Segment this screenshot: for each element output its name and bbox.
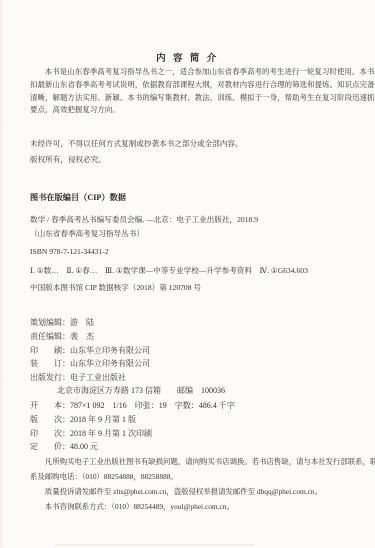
publication-row: 定 价：48.00 元 xyxy=(30,440,375,454)
publication-value: 山东华立印务有限公司 xyxy=(70,359,150,368)
publication-value: 2018 年 9 月第 1 版 xyxy=(70,415,136,424)
purchase-contact-line: 凡所购买电子工业出版社图书有缺损问题，请向购买书店调换。若书店售缺，请与本社发行… xyxy=(30,454,375,469)
publication-row: 装 订：山东华立印务有限公司 xyxy=(30,357,375,371)
copyright-notice: 未经许可，不得以任何方式复制或抄袭本书之部分或全部内容。 版权所有，侵权必究。 xyxy=(30,136,375,167)
book-copyright-page: 内 容 简 介 本书是山东春季高考复习指导丛书之一，适合参加山东省春季高考的考生… xyxy=(0,0,375,548)
publication-label: 责任编辑： xyxy=(30,330,70,344)
cip-section-title: 图书在版编目（CIP）数据 xyxy=(30,192,126,203)
publication-info-bottom: 开 本：787×1 092 1/16 印张：19 字数：486.4 千字 版 次… xyxy=(30,399,375,454)
publication-label: 版 次： xyxy=(30,413,70,427)
publication-label: 出版发行： xyxy=(30,371,70,385)
publication-label: 策划编辑： xyxy=(30,316,70,330)
publication-row: 印 刷：山东华立印务有限公司 xyxy=(30,344,375,358)
copyright-notice-line: 未经许可，不得以任何方式复制或抄袭本书之部分或全部内容。 xyxy=(30,136,375,152)
purchase-contact-line: 本书咨询联系方式：（010）88254489，youl@phei.com.cn。 xyxy=(30,499,375,514)
publication-row: 责任编辑：裴 杰 xyxy=(30,330,375,344)
scan-bottom-artifact xyxy=(55,544,255,546)
publication-label: 印 次： xyxy=(30,427,70,441)
publication-value: 2018 年 9 月第 1 次印刷 xyxy=(70,429,152,438)
publisher-address: 北京市海淀区万寿路 173 信箱 邮编 100036 xyxy=(57,385,375,396)
publication-value: 裴 杰 xyxy=(70,332,94,341)
publication-value: 山东华立印务有限公司 xyxy=(70,346,150,355)
paragraph-line: 要点，高效把握复习方向。 xyxy=(30,104,375,117)
publication-value: 48.00 元 xyxy=(70,442,98,451)
cip-record: 数学 / 春季高考丛书编写委员会编. —北京：电子工业出版社，2018.9 xyxy=(30,214,375,225)
cip-registry-number: 中国版本图书馆 CIP 数据核字（2018）第 120708 号 xyxy=(30,282,375,293)
content-summary-paragraph: 本书是山东春季高考复习指导丛书之一，适合参加山东省春季高考的考生进行一轮复习时使… xyxy=(30,66,375,117)
publication-row: 开 本：787×1 092 1/16 印张：19 字数：486.4 千字 xyxy=(30,399,375,413)
publication-label: 印 刷： xyxy=(30,344,70,358)
publication-row: 版 次：2018 年 9 月第 1 版 xyxy=(30,413,375,427)
publication-value: 游 陆 xyxy=(70,318,94,327)
purchase-contact-line: 质量投诉请发邮件至 zlts@phei.com.cn，盗版侵权举报请发邮件至 d… xyxy=(30,484,375,499)
purchase-contact-notice: 凡所购买电子工业出版社图书有缺损问题，请向购买书店调换。若书店售缺，请与本社发行… xyxy=(30,454,375,514)
publication-label: 定 价： xyxy=(30,440,70,454)
publication-info-top: 策划编辑：游 陆 责任编辑：裴 杰 印 刷：山东华立印务有限公司 装 订：山东华… xyxy=(30,316,375,385)
publication-label: 装 订： xyxy=(30,357,70,371)
paragraph-line: 清晰，解题方法实用、新颖。本书的编写集教材、教法、训练、模拟于一身，帮助考生在复… xyxy=(30,92,375,105)
content-summary-title: 内 容 简 介 xyxy=(0,50,375,64)
cip-classification: Ⅰ. ①数… Ⅱ. ①春… Ⅲ. ①数学课—中等专业学校—升学参考资料 Ⅳ. ①… xyxy=(30,265,375,276)
publication-value: 787×1 092 1/16 印张：19 字数：486.4 千字 xyxy=(70,401,235,410)
publication-row: 出版发行：电子工业出版社 xyxy=(30,371,375,385)
paragraph-line: 扣最新山东省春季高考考试说明，依据教育部课程大纲，对教材内容进行合理的筛选和提炼… xyxy=(30,79,375,92)
publication-row: 印 次：2018 年 9 月第 1 次印刷 xyxy=(30,427,375,441)
cip-series-title: （山东省春季高考复习指导丛书） xyxy=(30,228,375,239)
paragraph-line: 本书是山东春季高考复习指导丛书之一，适合参加山东省春季高考的考生进行一轮复习时使… xyxy=(30,66,375,79)
copyright-notice-line: 版权所有，侵权必究。 xyxy=(30,152,375,168)
scan-edge-artifact xyxy=(0,0,4,548)
publication-label: 开 本： xyxy=(30,399,70,413)
purchase-contact-line: 系及邮购电话：（010）88254888，88258888。 xyxy=(30,469,375,484)
publication-value: 电子工业出版社 xyxy=(70,373,126,382)
publication-row: 策划编辑：游 陆 xyxy=(30,316,375,330)
isbn-number: ISBN 978-7-121-34431-2 xyxy=(30,247,375,256)
